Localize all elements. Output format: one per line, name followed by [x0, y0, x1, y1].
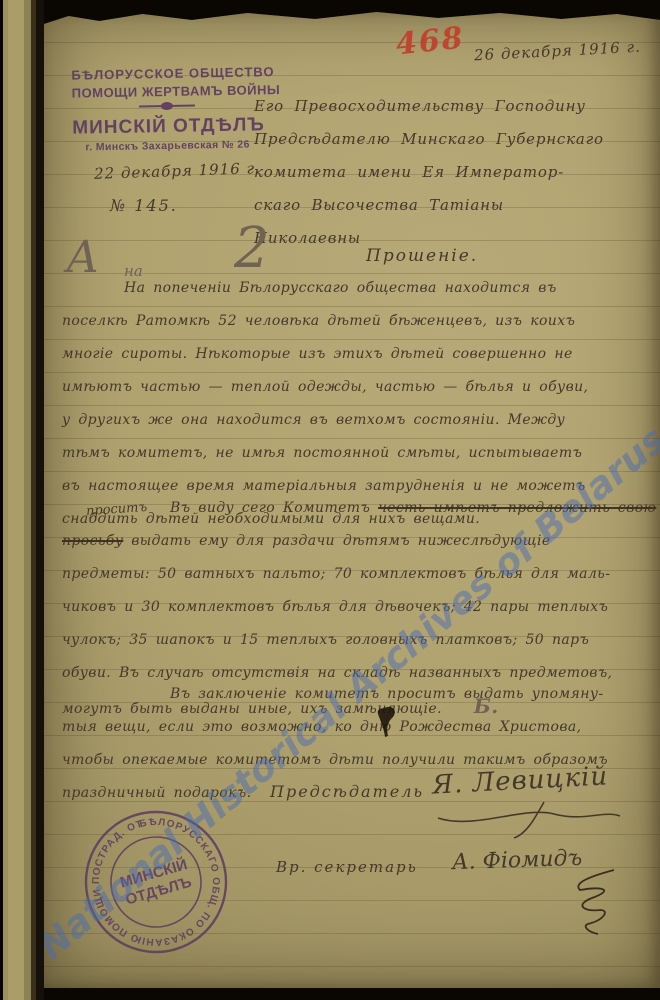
- round-seal-stamp: БѢЛОРУССКАГО ОБЩ. ПО ОКАЗАНІЮ ПОМОЩИ ПОС…: [62, 788, 250, 976]
- recipient-block: Его Превосходительству Господину Предсѣд…: [254, 90, 604, 255]
- body-line-corrected: Въ виду сего Комитетъ честь имѣетъ предл…: [62, 492, 656, 525]
- document-scan: 468 26 декабря 1916 г. БѢЛОРУССКОЕ ОБЩЕС…: [0, 0, 660, 1000]
- letter-page: 468 26 декабря 1916 г. БѢЛОРУССКОЕ ОБЩЕС…: [44, 10, 660, 988]
- body-text: выдать ему для раздачи дѣтямъ нижеслѣдую…: [123, 533, 550, 549]
- org-name-line1: БѢЛОРУССКОЕ ОБЩЕСТВО: [71, 64, 261, 82]
- body-line: поселкѣ Ратомкѣ 52 человѣка дѣтей бѣженц…: [62, 305, 588, 338]
- struck-text: честь имѣетъ предложить свою: [378, 500, 656, 516]
- body-line: На попеченіи Бѣлорусскаго общества наход…: [62, 272, 588, 305]
- body-line-corrected: просьбу выдать ему для раздачи дѣтямъ ни…: [62, 525, 656, 558]
- org-address: г. Минскъ Захарьевская № 26: [73, 138, 263, 153]
- body-line: имѣютъ частью — теплой одежды, частью — …: [62, 371, 588, 404]
- received-date: 26 декабря 1916 г.: [474, 38, 642, 65]
- red-archival-number: 468: [394, 21, 466, 63]
- body-line: предметы: 50 ватныхъ пальто; 70 комплект…: [62, 558, 656, 591]
- petition-title: Прошеніе.: [366, 246, 478, 266]
- department-name: МИНСКІЙ ОТДѢЛЪ: [72, 114, 262, 139]
- ink-blot: [374, 704, 404, 744]
- recipient-line: Его Превосходительству Господину: [254, 90, 604, 123]
- org-name-line2: ПОМОЩИ ЖЕРТВАМЪ ВОЙНЫ: [72, 82, 262, 100]
- chairman-signature-flourish: [434, 800, 624, 840]
- letter-date: 22 декабря 1916 г.: [94, 159, 261, 183]
- recipient-line: Предсѣдателю Минскаго Губернскаго: [254, 123, 604, 156]
- struck-text: просьбу: [62, 533, 123, 549]
- letterhead-stamp: БѢЛОРУССКОЕ ОБЩЕСТВО ПОМОЩИ ЖЕРТВАМЪ ВОЙ…: [71, 64, 262, 153]
- body-line: Въ заключеніе комитетъ проситъ выдать уп…: [62, 678, 608, 711]
- body-line: тѣмъ комитетъ, не имѣя постоянной смѣты,…: [62, 437, 588, 470]
- recipient-line: комитета имени Ея Император-: [254, 156, 604, 189]
- chairman-label: Предсѣдатель: [270, 782, 424, 801]
- body-line: чулокъ; 35 шапокъ и 15 теплыхъ головныхъ…: [62, 624, 656, 657]
- body-line: многіе сироты. Нѣкоторые изъ этихъ дѣтей…: [62, 338, 588, 371]
- recipient-line: скаго Высочества Татіаны: [254, 189, 604, 222]
- stamp-divider-ornament: [139, 102, 195, 111]
- secretary-label: Вр. секретарь: [276, 858, 418, 876]
- letter-number: № 145.: [110, 196, 178, 215]
- body-line: чиковъ и 30 комплектовъ бѣлья для дѣвоче…: [62, 591, 656, 624]
- secretary-signature-flourish: [544, 868, 634, 938]
- body-text: Въ виду сего Комитетъ: [170, 500, 378, 516]
- body-line: тыя вещи, если это возможно, ко дню Рожд…: [62, 711, 608, 744]
- book-binding-edge: [0, 0, 44, 1000]
- body-line: у другихъ же она находится въ ветхомъ со…: [62, 404, 588, 437]
